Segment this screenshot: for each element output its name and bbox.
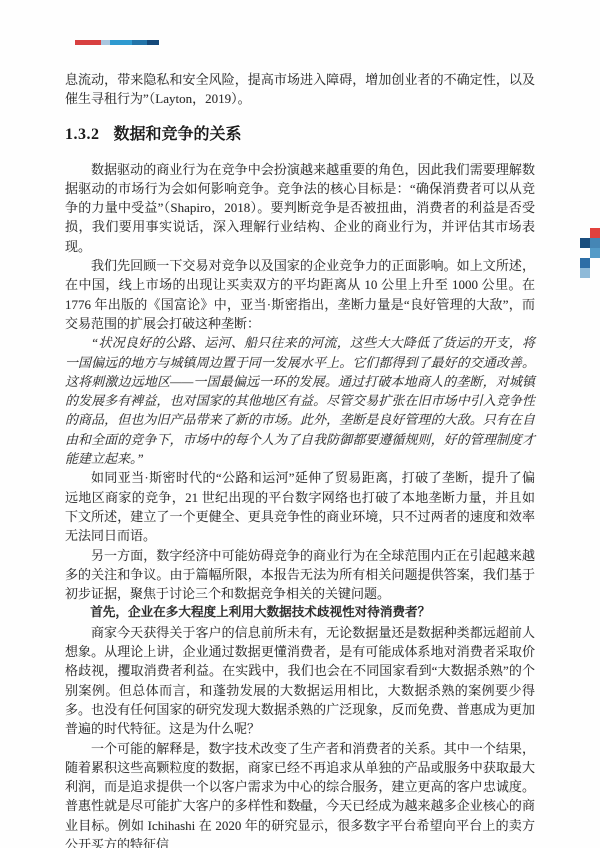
brand-bar-segment-sky-blue bbox=[110, 40, 132, 45]
paragraph-bold-question: 首先，企业在多大程度上利用大数据技术歧视性对待消费者？ bbox=[65, 603, 535, 622]
mosaic-square-blue bbox=[580, 258, 590, 268]
brand-bar-segment-pale-blue bbox=[101, 40, 110, 45]
paragraph: 如同亚当·斯密时代的“公路和运河”延伸了贸易距离，打破了垄断，提升了偏远地区商家… bbox=[65, 468, 535, 545]
section-number: 1.3.2 bbox=[65, 123, 100, 147]
paragraph: 数据驱动的商业行为在竞争中会扮演越来越重要的角色，因此我们需要理解数据驱动的市场… bbox=[65, 160, 535, 256]
paragraph: 一个可能的解释是，数字技术改变了生产者和消费者的关系。其中一个结果，随着累积这些… bbox=[65, 739, 535, 848]
paragraph: 另一方面，数字经济中可能妨碍竞争的商业行为在全球范围内正在引起越来越多的关注和争… bbox=[65, 546, 535, 604]
brand-bar-decoration bbox=[75, 40, 159, 45]
mosaic-square-sky bbox=[590, 248, 600, 258]
page-number: 9 bbox=[65, 801, 535, 812]
brand-bar-segment-steel-blue bbox=[132, 40, 147, 45]
mosaic-square-steel bbox=[590, 238, 600, 248]
paragraph-continuation: 息流动，带来隐私和安全风险，提高市场进入障碍，增加创业者的不确定性，以及催生寻租… bbox=[65, 70, 535, 109]
text-column: 息流动，带来隐私和安全风险，提高市场进入障碍，增加创业者的不确定性，以及催生寻租… bbox=[65, 70, 535, 848]
section-heading: 1.3.2 数据和竞争的关系 bbox=[65, 123, 535, 147]
paragraph: 我们先回顾一下交易对竞争以及国家的企业竞争力的正面影响。如上文所述，在中国，线上… bbox=[65, 256, 535, 333]
paragraph: 商家今天获得关于客户的信息前所未有，无论数据量还是数据种类都远超前人想象。从理论… bbox=[65, 623, 535, 739]
section-title: 数据和竞争的关系 bbox=[114, 123, 242, 147]
brand-bar-segment-navy bbox=[147, 40, 159, 45]
mosaic-square-navy bbox=[580, 238, 590, 248]
brand-bar-segment-red bbox=[75, 40, 101, 45]
blockquote-adam-smith: “状况良好的公路、运河、船只往来的河流，这些大大降低了货运的开支，将一国偏远的地… bbox=[65, 333, 535, 468]
mosaic-square-light bbox=[580, 268, 590, 278]
document-page: 息流动，带来隐私和安全风险，提高市场进入障碍，增加创业者的不确定性，以及催生寻租… bbox=[0, 0, 600, 848]
mosaic-square-red bbox=[590, 228, 600, 238]
